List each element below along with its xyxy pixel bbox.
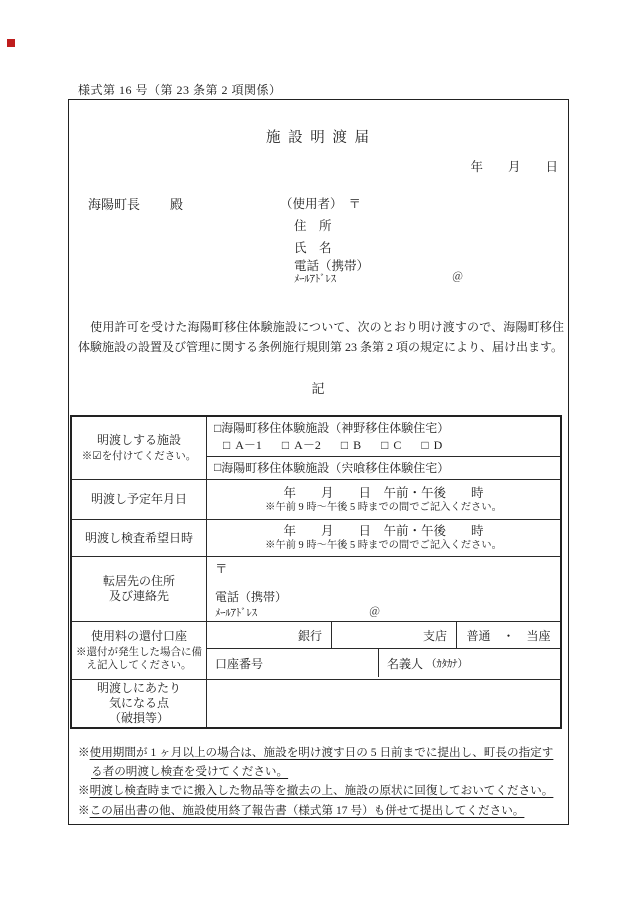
new-address-cell: 〒 電話（携帯） ﾒｰﾙｱﾄﾞﾚｽ ＠ [207,557,560,621]
applicant-label: （使用者） [280,197,343,211]
applicant-at-mark: ＠ [452,268,463,284]
checkbox-icon[interactable]: □ [341,438,348,452]
applicant-address-label: 住 所 [294,216,332,234]
unit-option-a2[interactable]: □A－2 [282,438,321,452]
concerns-cell [207,680,560,727]
table-row-inspection-date: 明渡し検査希望日時 年 月 日 午前・午後 時 ※午前 9 時～午後 5 時まで… [72,520,560,557]
account-type-cell[interactable]: 普通 ・ 当座 [457,622,560,648]
row-header-inspection-date: 明渡し検査希望日時 [72,520,207,556]
note-item-3: ※この届出書の他、施設使用終了報告書（様式第 17 号）も併せて提出してください… [78,802,564,821]
row-header-handover-date: 明渡し予定年月日 [72,480,207,519]
addressee-honorific: 殿 [170,194,183,213]
inspection-date-value-line: 年 月 日 午前・午後 時 [283,524,483,539]
date-line: 年 月 日 [68,157,558,175]
row-header-facility-note: ※☑を付けてください。 [82,450,196,463]
checkbox-icon[interactable]: □ [223,438,230,452]
unit-option-a1[interactable]: □A－1 [223,438,262,452]
handover-date-note: ※午前 9 時～午後 5 時までの間でご記入ください。 [265,501,502,514]
note-mark: ※ [78,746,90,759]
note-mark: ※ [78,804,90,817]
applicant-block: （使用者）〒 [280,194,361,212]
table-row-handover-date: 明渡し予定年月日 年 月 日 午前・午後 時 ※午前 9 時～午後 5 時までの… [72,480,560,520]
new-address-phone-label: 電話（携帯） [215,588,287,605]
account-holder-cell: 名義人 （ｶﾀｶﾅ） [379,649,560,677]
note-mark: ※ [78,784,90,797]
record-mark: 記 [68,378,569,397]
facility-option-shishikui-label: 海陽町移住体験施設（宍喰移住体験住宅） [221,459,449,476]
unit-option-b[interactable]: □B [341,438,361,452]
facility-option-kanno-label: 海陽町移住体験施設（神野移住体験住宅） [221,421,449,435]
row-header-facility-label: 明渡しする施設 [97,433,181,448]
table-row-concerns: 明渡しにあたり 気になる点 （破損等） [72,680,560,727]
row-header-facility: 明渡しする施設 ※☑を付けてください。 [72,417,207,479]
row-header-new-address: 転居先の住所 及び連絡先 [72,557,207,621]
form-table: 明渡しする施設 ※☑を付けてください。 □海陽町移住体験施設（神野移住体験住宅）… [70,415,562,729]
body-paragraph: 使用許可を受けた海陽町移住体験施設について、次のとおり明け渡すので、海陽町移住体… [78,318,564,357]
applicant-email-label: ﾒｰﾙｱﾄﾞﾚｽ [294,271,336,286]
page-title: 施 設 明 渡 届 [68,126,569,147]
new-address-at-mark: ＠ [369,603,380,619]
inspection-date-note: ※午前 9 時～午後 5 時までの間でご記入ください。 [265,539,502,552]
unit-option-d[interactable]: □D [421,438,442,452]
facility-option-shishikui[interactable]: □海陽町移住体験施設（宍喰移住体験住宅） [207,457,560,478]
checkbox-icon[interactable]: □ [282,438,289,452]
applicant-name-label: 氏 名 [294,238,332,256]
checkbox-icon[interactable]: □ [381,438,388,452]
footer-notes: ※使用期間が 1 ヶ月以上の場合は、施設を明け渡す日の 5 日前までに提出し、町… [78,744,564,821]
inspection-date-cell: 年 月 日 午前・午後 時 ※午前 9 時～午後 5 時までの間でご記入ください… [207,520,560,556]
account-number-cell: 口座番号 [207,649,379,677]
row-header-concerns: 明渡しにあたり 気になる点 （破損等） [72,680,207,727]
table-row-facility: 明渡しする施設 ※☑を付けてください。 □海陽町移住体験施設（神野移住体験住宅）… [72,417,560,480]
checkbox-icon[interactable]: □ [214,460,221,475]
branch-name-cell: 支店 [332,622,457,648]
handover-date-value-line: 年 月 日 午前・午後 時 [283,486,483,501]
new-address-postal-mark: 〒 [215,559,228,577]
postal-mark: 〒 [349,197,362,211]
note-item-1: ※使用期間が 1 ヶ月以上の場合は、施設を明け渡す日の 5 日前までに提出し、町… [78,744,564,781]
row-header-refund-account: 使用料の還付口座 ※還付が発生した場合に備 え記入してください。 [72,622,207,679]
table-row-new-address: 転居先の住所 及び連絡先 〒 電話（携帯） ﾒｰﾙｱﾄﾞﾚｽ ＠ [72,557,560,622]
checkbox-icon[interactable]: □ [421,438,428,452]
table-row-refund-account: 使用料の還付口座 ※還付が発生した場合に備 え記入してください。 銀行 支店 普… [72,622,560,680]
unit-option-c[interactable]: □C [381,438,401,452]
note-item-2: ※明渡し検査時までに搬入した物品等を撤去の上、施設の原状に回復しておいてください… [78,782,564,801]
red-square-marker [7,39,15,47]
handover-date-cell: 年 月 日 午前・午後 時 ※午前 9 時～午後 5 時までの間でご記入ください… [207,480,560,519]
addressee-name: 海陽町長 [88,194,140,213]
new-address-email-label: ﾒｰﾙｱﾄﾞﾚｽ [215,605,257,620]
facility-options-cell: □海陽町移住体験施設（神野移住体験住宅） □A－1 □A－2 □B □C □D … [207,417,560,479]
bank-name-cell: 銀行 [207,622,332,648]
facility-option-kanno[interactable]: □海陽町移住体験施設（神野移住体験住宅） [214,420,560,437]
refund-account-cell: 銀行 支店 普通 ・ 当座 口座番号 名義人 （ｶﾀｶﾅ） [207,622,560,679]
form-number: 様式第 16 号（第 23 条第 2 項関係） [78,81,282,98]
